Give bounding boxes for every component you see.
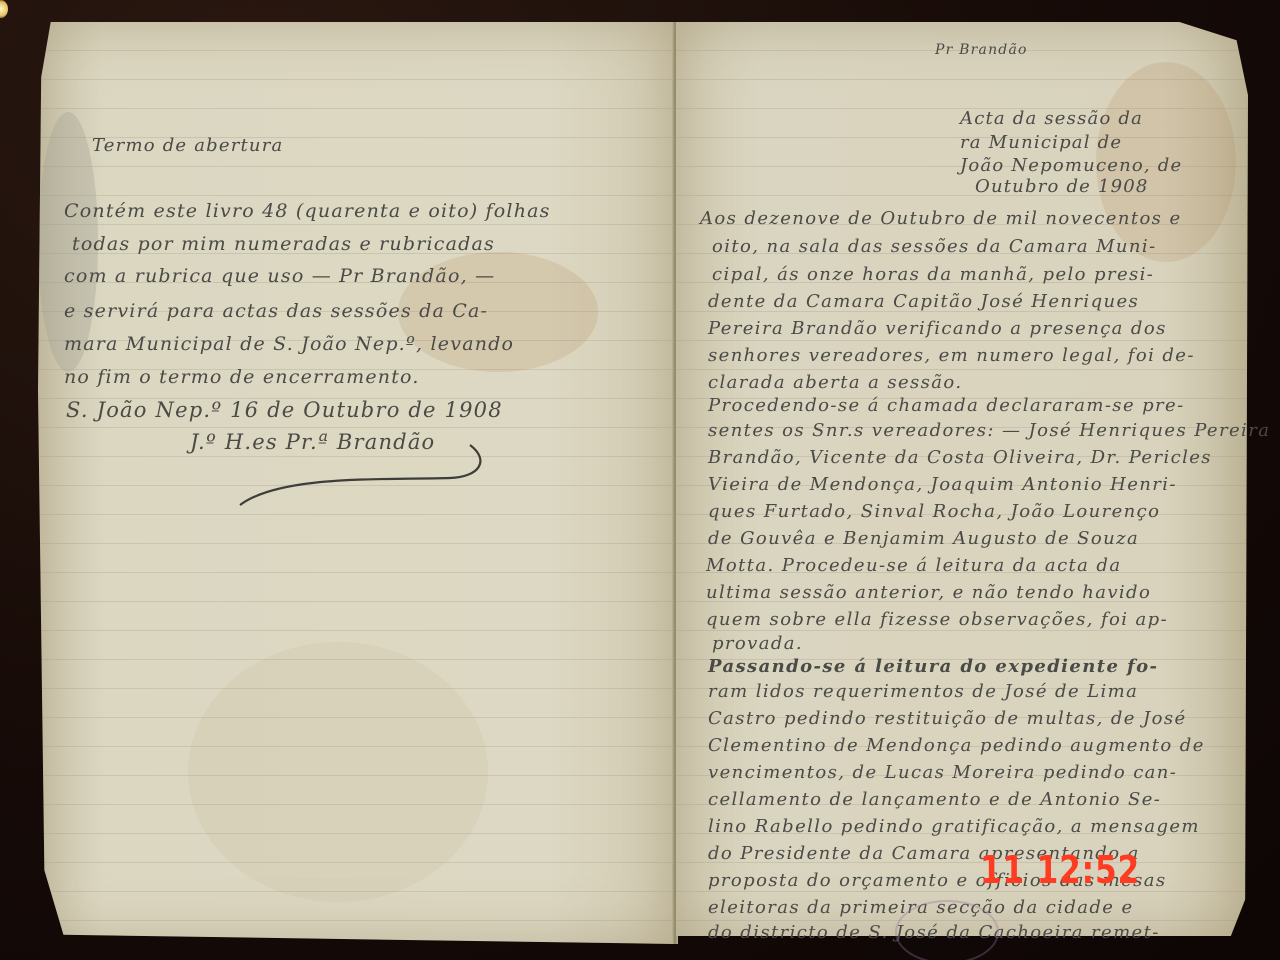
minutes-heading-line: ra Municipal de bbox=[960, 132, 1122, 153]
signature-flourish bbox=[200, 440, 500, 520]
text-line: Vieira de Mendonça, Joaquim Antonio Henr… bbox=[708, 474, 1177, 495]
text-line: cellamento de lançamento e de Antonio Se… bbox=[708, 789, 1161, 810]
text-line: Brandão, Vicente da Costa Oliveira, Dr. … bbox=[708, 447, 1212, 468]
text-line: com a rubrica que uso — Pr Brandão, — bbox=[64, 265, 495, 287]
date-line: S. João Nep.º 16 de Outubro de 1908 bbox=[66, 398, 503, 422]
text-line: e servirá para actas das sessões da Ca- bbox=[64, 300, 488, 322]
text-line: Aos dezenove de Outubro de mil novecento… bbox=[700, 208, 1182, 229]
faded-stamp bbox=[895, 900, 999, 960]
text-line: Pereira Brandão verificando a presença d… bbox=[708, 318, 1167, 339]
text-line: oito, na sala das sessões da Camara Muni… bbox=[712, 236, 1157, 257]
left-page-heading: Termo de abertura bbox=[92, 135, 283, 156]
minutes-heading-line: Outubro de 1908 bbox=[975, 176, 1149, 197]
text-line: Clementino de Mendonça pedindo augmento … bbox=[708, 735, 1205, 756]
text-line: provada. bbox=[712, 633, 803, 654]
text-line: clarada aberta a sessão. bbox=[708, 372, 962, 393]
text-line: lino Rabello pedindo gratificação, a men… bbox=[708, 816, 1200, 837]
text-line: vencimentos, de Lucas Moreira pedindo ca… bbox=[708, 762, 1177, 783]
minutes-heading-line: João Nepomuceno, de bbox=[960, 155, 1182, 176]
text-line: todas por mim numeradas e rubricadas bbox=[72, 233, 495, 255]
text-line: Procedendo-se á chamada declararam-se pr… bbox=[708, 395, 1185, 416]
text-line: dente da Camara Capitão José Henriques bbox=[708, 291, 1139, 312]
text-line: ques Furtado, Sinval Rocha, João Lourenç… bbox=[708, 501, 1160, 522]
top-rubric: Pr Brandão bbox=[935, 42, 1028, 58]
text-line: Castro pedindo restituição de multas, de… bbox=[708, 708, 1187, 729]
text-line: de Gouvêa e Benjamim Augusto de Souza bbox=[708, 528, 1139, 549]
camera-timestamp: 11 12:52 bbox=[980, 848, 1140, 892]
text-line: quem sobre ella fizesse observações, foi… bbox=[706, 609, 1168, 630]
text-line: cipal, ás onze horas da manhã, pelo pres… bbox=[712, 264, 1154, 285]
minutes-heading-line: Acta da sessão da bbox=[960, 108, 1143, 129]
text-line: ultima sessão anterior, e não tendo havi… bbox=[706, 582, 1151, 603]
text-line: ram lidos requerimentos de José de Lima bbox=[708, 681, 1138, 702]
text-line: senhores vereadores, em numero legal, fo… bbox=[708, 345, 1195, 366]
text-line: Passando-se á leitura do expediente fo- bbox=[708, 656, 1158, 677]
text-line: sentes os Snr.s vereadores: — José Henri… bbox=[708, 420, 1270, 441]
paper-stain bbox=[188, 642, 488, 902]
text-line: no fim o termo de encerramento. bbox=[64, 366, 420, 388]
text-line: Contém este livro 48 (quarenta e oito) f… bbox=[64, 200, 551, 222]
text-line: Motta. Procedeu-se á leitura da acta da bbox=[706, 555, 1122, 576]
text-line: mara Municipal de S. João Nep.º, levando bbox=[64, 333, 514, 355]
